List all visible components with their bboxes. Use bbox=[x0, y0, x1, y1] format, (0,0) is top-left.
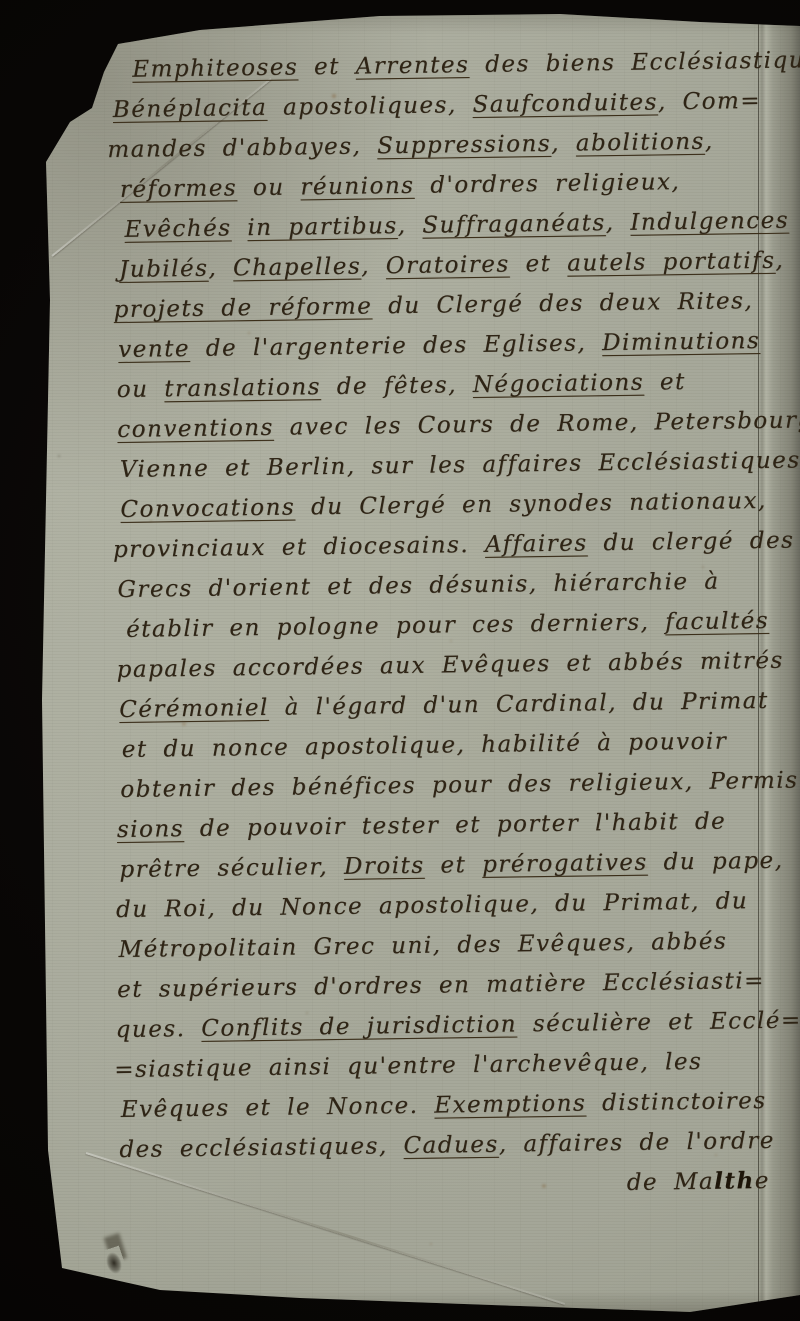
text-segment: et bbox=[298, 54, 356, 81]
text-segment: du Roi, du Nonce apostolique, du Primat,… bbox=[116, 888, 748, 923]
underlined-phrase: autels portatifs bbox=[567, 248, 776, 277]
text-segment: des biens Ecclésiastiques bbox=[469, 47, 800, 78]
underlined-phrase: Suffraganéats bbox=[422, 210, 606, 239]
text-segment: apostoliques, bbox=[267, 92, 473, 121]
text-segment: de l'argenterie des Eglises, bbox=[190, 330, 602, 362]
underlined-phrase: Bénéplacita bbox=[113, 95, 268, 123]
text-segment: Vienne et Berlin, sur les affaires Ecclé… bbox=[120, 447, 800, 483]
text-segment: du pape, bbox=[648, 848, 784, 876]
text-segment: ou bbox=[237, 174, 301, 201]
underlined-phrase: sions bbox=[117, 816, 184, 843]
scan-background: Emphiteoses et Arrentes des biens Ecclés… bbox=[0, 0, 800, 1321]
text-segment: =siastique ainsi qu'entre l'archevêque, … bbox=[114, 1049, 702, 1083]
text-segment: provinciaux et diocesains. bbox=[113, 532, 485, 563]
underlined-phrase: prérogatives bbox=[482, 850, 648, 878]
underlined-phrase: Emphiteoses bbox=[132, 54, 298, 82]
text-segment: et bbox=[510, 251, 568, 278]
text-segment: établir en pologne pour ces derniers, bbox=[126, 609, 665, 643]
text-segment: mandes d'abbayes, bbox=[107, 133, 377, 163]
underlined-phrase: Arrentes bbox=[355, 52, 469, 80]
text-segment: Evêques et le Nonce. bbox=[121, 1093, 435, 1123]
text-segment: avec les Cours de Rome, Petersbourg, bbox=[274, 407, 800, 441]
underlined-phrase: Exemptions bbox=[434, 1090, 586, 1118]
text-segment: , bbox=[775, 248, 784, 274]
manuscript-page: Emphiteoses et Arrentes des biens Ecclés… bbox=[0, 0, 800, 1321]
text-segment: des ecclésiastiques, bbox=[119, 1133, 403, 1163]
underlined-phrase: Affaires bbox=[485, 530, 588, 557]
underlined-phrase: abolitions bbox=[576, 129, 705, 157]
text-segment: et du nonce apostolique, habilité à pouv… bbox=[122, 728, 728, 762]
underlined-phrase: Conflits de jurisdiction bbox=[201, 1011, 517, 1041]
text-segment: Grecs d'orient et des désunis, hiérarchi… bbox=[117, 569, 719, 603]
text-segment: séculière et Ecclé= bbox=[517, 1007, 800, 1037]
underlined-phrase: Cadues bbox=[403, 1132, 499, 1159]
underlined-phrase: projets de réforme bbox=[113, 293, 372, 323]
underlined-phrase: in partibus bbox=[247, 213, 398, 241]
text-segment: d'ordres religieux, bbox=[414, 169, 680, 199]
text-segment: et bbox=[644, 369, 686, 396]
text-segment: , bbox=[397, 213, 422, 239]
underlined-phrase: Oratoires bbox=[386, 251, 510, 279]
text-segment: , bbox=[361, 253, 386, 279]
text-segment: obtenir des bénéfices pour des religieux… bbox=[120, 767, 800, 803]
text-segment: de Ma bbox=[627, 1169, 715, 1196]
text-segment: du clergé des bbox=[587, 528, 794, 557]
text-segment: et bbox=[424, 852, 482, 879]
text-segment: à l'égard d'un Cardinal, du Primat bbox=[269, 688, 769, 721]
underlined-phrase: Jubilés bbox=[119, 256, 209, 283]
text-segment: , affaires de l'ordre bbox=[499, 1128, 775, 1158]
text-segment: e bbox=[755, 1168, 770, 1194]
text-segment: du Clergé des deux Rites, bbox=[372, 288, 753, 319]
underlined-phrase: Diminutions bbox=[602, 328, 761, 356]
underlined-phrase: Evêchés bbox=[124, 215, 231, 242]
text-segment: , bbox=[208, 255, 233, 281]
underlined-phrase: Convocations bbox=[120, 494, 295, 522]
underlined-phrase: Chapelles bbox=[233, 254, 361, 282]
underlined-phrase: Droits bbox=[344, 853, 425, 880]
text-segment: papales accordées aux Evêques et abbés m… bbox=[116, 648, 783, 683]
text-segment: , bbox=[606, 210, 631, 236]
underlined-phrase: facultés bbox=[665, 608, 769, 635]
text-segment: de pouvoir tester et porter l'habit de bbox=[184, 809, 727, 843]
underlined-phrase: réunions bbox=[300, 173, 414, 201]
text-segment: prêtre séculier, bbox=[119, 854, 344, 883]
text-segment: , bbox=[551, 131, 576, 157]
text-segment: du Clergé en synodes nationaux, bbox=[295, 488, 767, 521]
text-segment: de fêtes, bbox=[321, 372, 473, 400]
underlined-phrase: Négociations bbox=[473, 370, 645, 398]
underlined-phrase: vente bbox=[118, 336, 190, 363]
underlined-phrase: Suppressions bbox=[377, 131, 551, 159]
text-segment: et supérieurs d'ordres en matière Ecclés… bbox=[117, 968, 765, 1003]
underlined-phrase: réformes bbox=[120, 175, 238, 203]
text-segment: lth bbox=[714, 1167, 755, 1195]
underlined-phrase: Cérémoniel bbox=[119, 695, 269, 723]
underlined-phrase: conventions bbox=[117, 415, 274, 443]
underlined-phrase: Saufconduites bbox=[472, 89, 658, 118]
foxing-spots bbox=[0, 0, 2, 2]
text-segment: , bbox=[705, 129, 714, 155]
text-segment: Métropolitain Grec uni, des Evêques, abb… bbox=[118, 928, 727, 962]
manuscript-text: Emphiteoses et Arrentes des biens Ecclés… bbox=[112, 40, 800, 1210]
underlined-phrase: translations bbox=[164, 374, 321, 402]
underlined-phrase: Indulgences bbox=[630, 208, 789, 236]
text-segment: distinctoires bbox=[586, 1088, 767, 1117]
text-segment: ques. bbox=[116, 1016, 202, 1043]
text-segment bbox=[231, 215, 247, 241]
text-segment: ou bbox=[117, 376, 165, 403]
text-segment: , Com= bbox=[658, 88, 762, 115]
